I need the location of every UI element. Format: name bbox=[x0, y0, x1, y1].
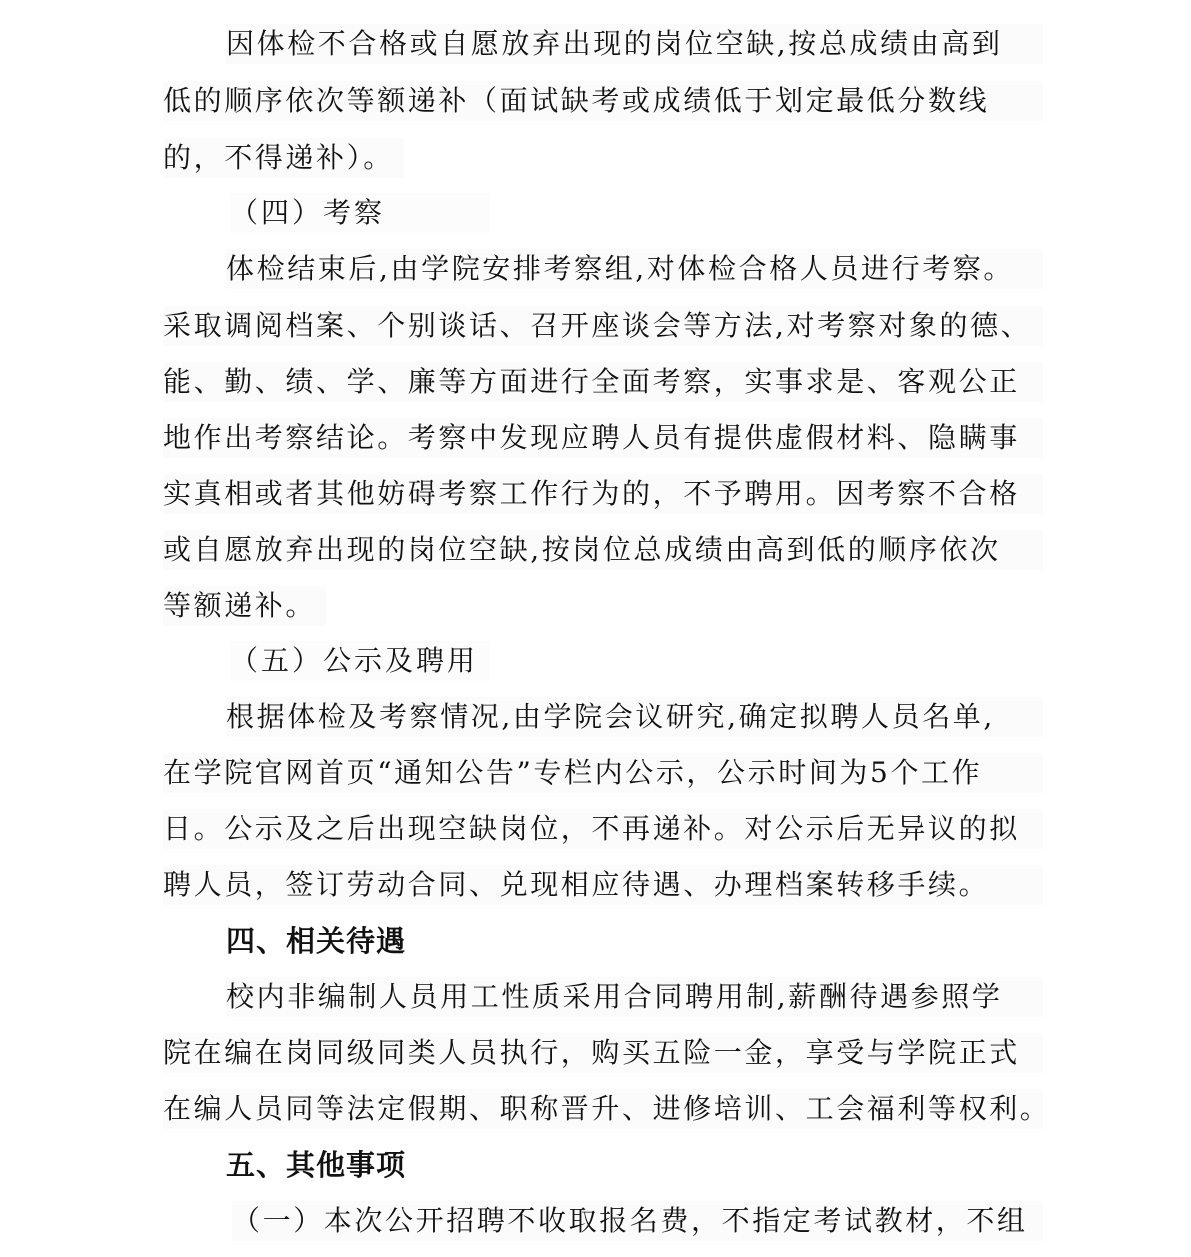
paragraph-line: 的，不得递补）。 bbox=[163, 138, 404, 178]
paragraph-line: 日。公示及之后出现空缺岗位，不再递补。对公示后无异议的拟 bbox=[163, 809, 1043, 849]
paragraph-line: 低的顺序依次等额递补（面试缺考或成绩低于划定最低分数线 bbox=[163, 81, 1043, 121]
paragraph-line: 因体检不合格或自愿放弃出现的岗位空缺,按总成绩由高到 bbox=[226, 24, 1043, 64]
paragraph-line: 院在编在岗同级同类人员执行，购买五险一金，享受与学院正式 bbox=[163, 1033, 1043, 1073]
subheading-publicity-and-hiring: （五）公示及聘用 bbox=[230, 641, 490, 681]
paragraph-line: 聘人员，签订劳动合同、兑现相应待遇、办理档案转移手续。 bbox=[163, 865, 1043, 905]
paragraph-line: 在学院官网首页“通知公告”专栏内公示，公示时间为5个工作 bbox=[163, 753, 1043, 793]
paragraph-line: 能、勤、绩、学、廉等方面进行全面考察，实事求是、客观公正 bbox=[163, 362, 1043, 402]
heading-other-matters: 五、其他事项 bbox=[226, 1145, 426, 1185]
paragraph-line: 采取调阅档案、个别谈话、召开座谈会等方法,对考察对象的德、 bbox=[163, 306, 1043, 346]
paragraph-line: 地作出考察结论。考察中发现应聘人员有提供虚假材料、隐瞒事 bbox=[163, 418, 1043, 458]
paragraph-line: 校内非编制人员用工性质采用合同聘用制,薪酬待遇参照学 bbox=[226, 977, 1043, 1017]
paragraph-line: 或自愿放弃出现的岗位空缺,按岗位总成绩由高到低的顺序依次 bbox=[163, 530, 1043, 570]
subheading-inspection: （四）考察 bbox=[230, 193, 490, 233]
document-page: 因体检不合格或自愿放弃出现的岗位空缺,按总成绩由高到 低的顺序依次等额递补（面试… bbox=[0, 0, 1191, 1257]
paragraph-line: 根据体检及考察情况,由学院会议研究,确定拟聘人员名单, bbox=[226, 697, 1043, 737]
paragraph-line: （一）本次公开招聘不收取报名费，不指定考试教材，不组 bbox=[232, 1201, 1043, 1241]
heading-benefits: 四、相关待遇 bbox=[226, 921, 426, 961]
paragraph-line: 实真相或者其他妨碍考察工作行为的，不予聘用。因考察不合格 bbox=[163, 474, 1043, 514]
paragraph-line: 等额递补。 bbox=[163, 586, 326, 626]
paragraph-line: 体检结束后,由学院安排考察组,对体检合格人员进行考察。 bbox=[226, 249, 1043, 289]
paragraph-line: 在编人员同等法定假期、职称晋升、进修培训、工会福利等权利。 bbox=[163, 1089, 1043, 1129]
